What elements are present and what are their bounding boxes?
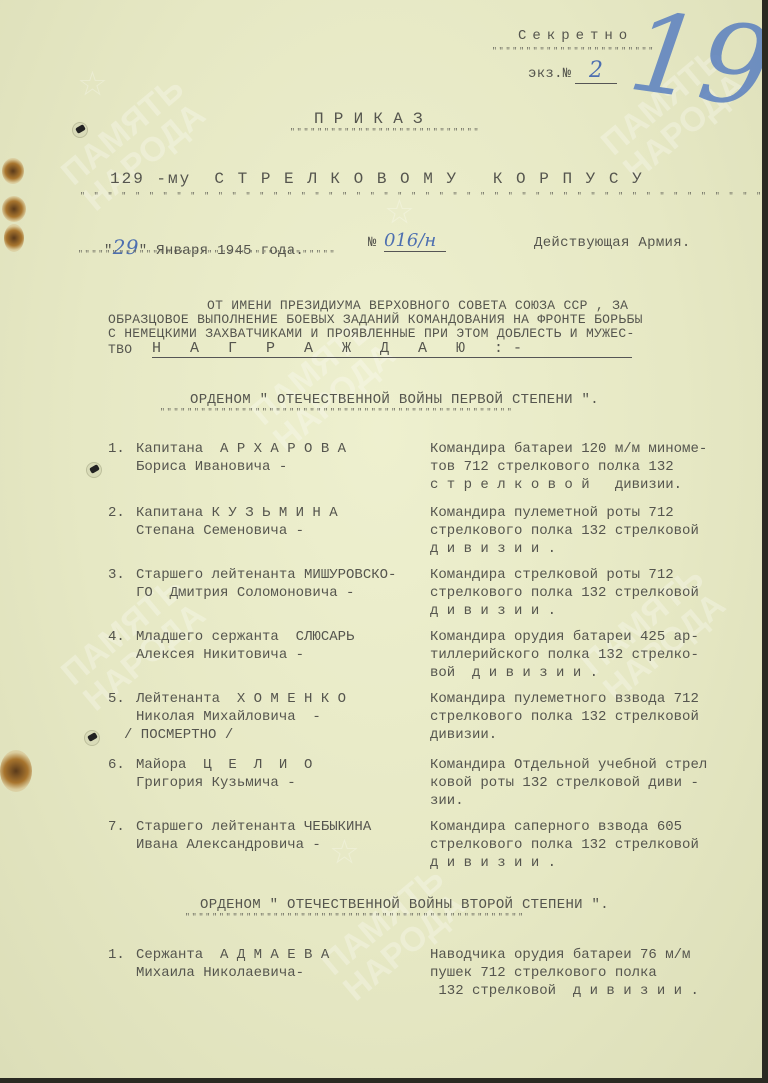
entry-desc-line: Командира батареи 120 м/м миноме- bbox=[430, 440, 750, 458]
entry-desc-line: д и в и з и и . bbox=[430, 540, 750, 558]
entry-number: 4. bbox=[108, 628, 125, 646]
entry-desc-line: дивизии. bbox=[430, 726, 750, 744]
entry-name-line: Капитана К У З Ь М И Н А bbox=[136, 504, 418, 522]
entry-name-line: Алексея Никитовича - bbox=[136, 646, 418, 664]
entry-desc-line: Командира пулеметной роты 712 bbox=[430, 504, 750, 522]
rust-stain bbox=[0, 750, 32, 792]
entry-desc-line: стрелкового полка 132 стрелковой bbox=[430, 836, 750, 854]
dotted-underline: """"""""""""""""""""""""""""""""""""""""… bbox=[185, 913, 525, 922]
entry-name-line: Ивана Александровича - bbox=[136, 836, 418, 854]
entry-name-line: Младшего сержанта СЛЮСАРЬ bbox=[136, 628, 418, 646]
entry-number: 2. bbox=[108, 504, 125, 522]
entry-desc-line: зии. bbox=[430, 792, 750, 810]
entry-number: 1. bbox=[108, 946, 125, 964]
entry-desc-line: тиллерийского полка 132 стрелко- bbox=[430, 646, 750, 664]
entry-name-line: Лейтенанта Х О М Е Н К О bbox=[136, 690, 418, 708]
entry-desc-line: стрелкового полка 132 стрелковой bbox=[430, 522, 750, 540]
entry-desc-line: Командира Отдельной учебной стрел bbox=[430, 756, 750, 774]
order-number: 016/н bbox=[384, 230, 446, 252]
entry-name-line: Сержанта А Д М А Е В А bbox=[136, 946, 418, 964]
dotted-underline: """""""""""""""""""""""""""""""""""""" bbox=[78, 250, 336, 259]
entry-desc-line: с т р е л к о в о й дивизии. bbox=[430, 476, 750, 494]
entry-desc-line: вой д и в и з и и . bbox=[430, 664, 750, 682]
entry-desc-line: Командира пулеметного взвода 712 bbox=[430, 690, 750, 708]
preamble-line-2: ОБРАЗЦОВОЕ ВЫПОЛНЕНИЕ БОЕВЫХ ЗАДАНИЙ КОМ… bbox=[108, 312, 643, 327]
posthumous-note: / ПОСМЕРТНО / bbox=[124, 726, 418, 744]
entry-number: 1. bbox=[108, 440, 125, 458]
entry-name-line: Бориса Ивановича - bbox=[136, 458, 418, 476]
entry-name-line: Григория Кузьмича - bbox=[136, 774, 418, 792]
entry-name-line: Старшего лейтенанта ЧЕБЫКИНА bbox=[136, 818, 418, 836]
entry-number: 7. bbox=[108, 818, 125, 836]
section-heading-second-degree: ОРДЕНОМ " ОТЕЧЕСТВЕННОЙ ВОЙНЫ ВТОРОЙ СТЕ… bbox=[200, 897, 609, 913]
punch-hole bbox=[84, 730, 100, 746]
entry-name-line: Старшего лейтенанта МИШУРОВСКО- bbox=[136, 566, 418, 584]
entry-desc-line: д и в и з и и . bbox=[430, 602, 750, 620]
entry-desc-line: ковой роты 132 стрелковой диви - bbox=[430, 774, 750, 792]
preamble-line-1: ОТ ИМЕНИ ПРЕЗИДИУМА ВЕРХОВНОГО СОВЕТА СО… bbox=[207, 298, 628, 313]
order-title: П Р И К А З bbox=[314, 110, 423, 128]
entry-desc-line: Командира орудия батареи 425 ар- bbox=[430, 628, 750, 646]
entry-name-line: Капитана А Р Х А Р О В А bbox=[136, 440, 418, 458]
entry-desc-line: 132 стрелковой д и в и з и и . bbox=[430, 982, 750, 1000]
secret-label: Секретно bbox=[518, 28, 633, 44]
entry-desc-line: д и в и з и и . bbox=[430, 854, 750, 872]
entry-number: 5. bbox=[108, 690, 125, 708]
unit-name: 129 -му С Т Р Е Л К О В О М У К О Р П У … bbox=[110, 170, 644, 188]
watermark-star-icon: ☆ bbox=[78, 52, 107, 111]
entry-number: 6. bbox=[108, 756, 125, 774]
dotted-underline: """""""""""""""""""""""""""" bbox=[290, 128, 480, 137]
rust-stain bbox=[4, 224, 24, 252]
entry-name-line: Николая Михайловича - bbox=[136, 708, 418, 726]
document-page: ☆ ПАМЯТЬНАРОДА ПАМЯТЬНАРОДА ☆ ПАМЯТЬНАРО… bbox=[0, 0, 762, 1078]
entry-desc-line: стрелкового полка 132 стрелковой bbox=[430, 584, 750, 602]
dotted-underline: """"""""""""""""""""""""""""""""""""""""… bbox=[80, 192, 762, 201]
entry-number: 3. bbox=[108, 566, 125, 584]
punch-hole bbox=[86, 462, 102, 478]
award-word: Н А Г Р А Ж Д А Ю :- bbox=[152, 340, 632, 358]
entry-desc-line: Наводчика орудия батареи 76 м/м bbox=[430, 946, 750, 964]
entry-name-line: ГО Дмитрия Соломоновича - bbox=[136, 584, 418, 602]
entry-desc-line: Командира стрелковой роты 712 bbox=[430, 566, 750, 584]
entry-name-line: Михаила Николаевича- bbox=[136, 964, 418, 982]
location: Действующая Армия. bbox=[534, 235, 691, 251]
rust-stain bbox=[2, 196, 26, 222]
entry-name-line: Степана Семеновича - bbox=[136, 522, 418, 540]
preamble-line-3: С НЕМЕЦКИМИ ЗАХВАТЧИКАМИ И ПРОЯВЛЕННЫЕ П… bbox=[108, 326, 635, 341]
preamble-line-4: ТВО bbox=[108, 342, 132, 357]
entry-desc-line: тов 712 стрелкового полка 132 bbox=[430, 458, 750, 476]
entry-desc-line: пушек 712 стрелкового полка bbox=[430, 964, 750, 982]
order-number-prefix: № bbox=[368, 235, 377, 251]
dotted-underline: """"""""""""""""""""""""""""""""""""""""… bbox=[160, 408, 514, 417]
handwritten-sheet-number: 196 bbox=[623, 0, 762, 134]
entry-desc-line: стрелкового полка 132 стрелковой bbox=[430, 708, 750, 726]
punch-hole bbox=[72, 122, 88, 138]
entry-name-line: Майора Ц Е Л И О bbox=[136, 756, 418, 774]
entry-desc-line: Командира саперного взвода 605 bbox=[430, 818, 750, 836]
section-heading-first-degree: ОРДЕНОМ " ОТЕЧЕСТВЕННОЙ ВОЙНЫ ПЕРВОЙ СТЕ… bbox=[190, 392, 599, 408]
copy-number: 2 bbox=[575, 58, 617, 84]
copy-label: экз.№ bbox=[528, 66, 572, 82]
rust-stain bbox=[2, 158, 24, 184]
